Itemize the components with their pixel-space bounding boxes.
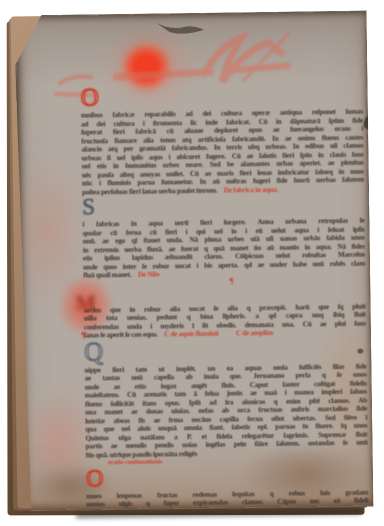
paragraph-lines: i fabricas in aqua uertī fieri ſurgere. … bbox=[82, 193, 365, 272]
rubric-text: De fabrica in aqua. bbox=[224, 185, 278, 194]
edge-ink-mark bbox=[362, 115, 376, 131]
paragraph-3: M arcius que in robur alia uocat ſe alia… bbox=[83, 276, 366, 340]
edge-ink-dot bbox=[357, 349, 363, 354]
red-paraph-mark: ¶ bbox=[81, 330, 85, 339]
rubric-text: De Nilo bbox=[138, 270, 159, 278]
paragraph-lines: arcius que in robur alia uocat ſe alia q… bbox=[83, 276, 366, 331]
initial-letter: O bbox=[81, 86, 108, 111]
corner-ink-mark bbox=[372, 12, 384, 25]
paragraph-1: O mnibus fabricæ reparabilis ad dei cult… bbox=[81, 82, 365, 197]
paragraph-lines: mnibus fabricæ reparabilis ad dei cultur… bbox=[81, 82, 364, 188]
initial-letter: O bbox=[86, 468, 111, 492]
paragraph-4: Q uippe fieri tam ut implēt. un ea aquas… bbox=[84, 336, 368, 459]
manuscript-photo: O mnibus fabricæ reparabilis ad dei cult… bbox=[0, 0, 384, 526]
paragraph-2: S i fabricas in aqua uertī fieri ſurgere… bbox=[82, 193, 365, 280]
ink-smudge-icon bbox=[156, 22, 204, 34]
paragraph-lines: uippe fieri tam ut implēt. un ea aquas o… bbox=[84, 336, 368, 459]
initial-letter: S bbox=[82, 196, 104, 220]
rubric-text: C de amplius bbox=[236, 329, 274, 338]
book: O mnibus fabricæ reparabilis ad dei cult… bbox=[0, 0, 384, 526]
text-block: O mnibus fabricæ reparabilis ad dei cult… bbox=[81, 82, 369, 526]
initial-letter: Q bbox=[84, 340, 110, 366]
manuscript-page: O mnibus fabricæ reparabilis ad dei cult… bbox=[15, 11, 374, 512]
red-paraph-mark: ¶ bbox=[229, 276, 233, 285]
rubric-text: C de aquis fluminū bbox=[164, 330, 218, 339]
